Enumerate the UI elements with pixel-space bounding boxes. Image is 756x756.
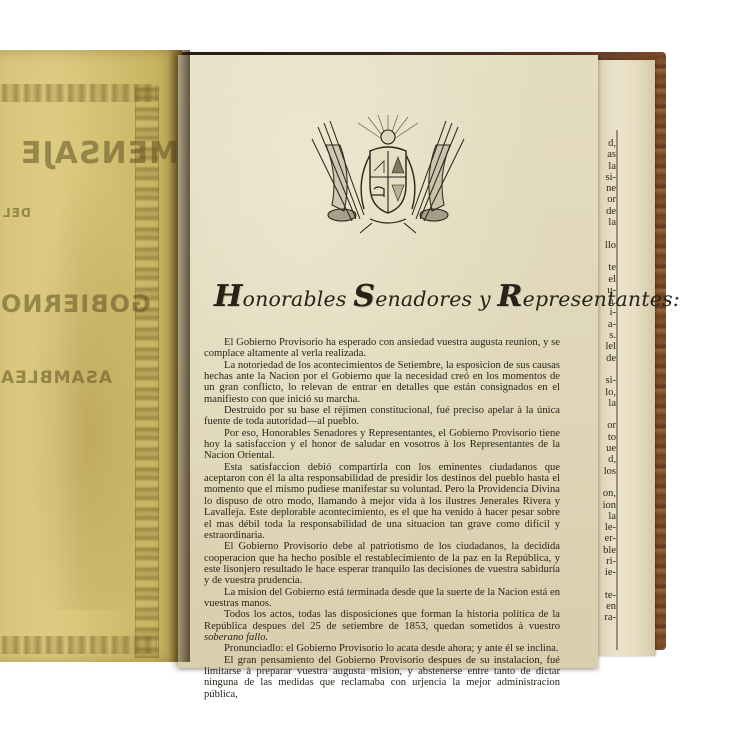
text-fragment: si-: [598, 172, 616, 183]
coat-of-arms-icon: [308, 115, 468, 235]
paragraph: Por eso, Honorables Senadores y Represen…: [204, 428, 560, 462]
gutter-shadow: [168, 50, 190, 662]
ornamental-border-bottom: [0, 636, 157, 654]
text-fragment: la: [598, 161, 616, 172]
text-fragment: ri-: [598, 556, 616, 567]
heading-initial: H: [214, 279, 243, 314]
text-fragment: d,: [598, 138, 616, 149]
right-page: Honorables Senadores y Representantes: E…: [178, 55, 598, 668]
text-fragment: te-: [598, 590, 616, 601]
text-fragment: to: [598, 432, 616, 443]
text-fragment: la: [598, 217, 616, 228]
paragraph: El Gobierno Provisorio debe al patriotis…: [204, 541, 560, 586]
bleed-through-text: MENSAJE: [20, 136, 179, 171]
text-fragment: s.: [598, 330, 616, 341]
paragraph-italic: soberano fallo.: [204, 632, 268, 643]
paragraph: La mision del Gobierno está terminada de…: [204, 587, 560, 610]
paragraph: El Gobierno Provisorio ha esperado con a…: [204, 337, 560, 360]
bleed-through-text: GOBIERNO: [0, 290, 151, 318]
paragraph: El gran pensamiento del Gobierno Proviso…: [204, 655, 560, 700]
ornamental-border-right: [135, 86, 159, 658]
text-fragment: ion: [598, 500, 616, 511]
text-fragment: on,: [598, 488, 616, 499]
text-fragment: ue: [598, 443, 616, 454]
page-stain: [28, 170, 148, 610]
text-fragment: se-: [598, 635, 616, 638]
text-fragment: llo: [598, 240, 616, 251]
paragraph-text: Todos los actos, todas las disposiciones…: [204, 609, 560, 631]
bleed-through-text: ASAMBLEA: [0, 368, 112, 388]
text-fragment: [598, 579, 616, 590]
text-fragment: er-: [598, 533, 616, 544]
ornamental-border-top: [0, 84, 157, 102]
text-fragment: ie-: [598, 567, 616, 578]
text-fragment: [598, 251, 616, 262]
paragraph: Esta satisfaccion debió compartirla con …: [204, 462, 560, 541]
text-fragment: la: [598, 398, 616, 409]
document-salutation: Honorables Senadores y Representantes:: [214, 279, 594, 314]
text-fragment: ra-: [598, 612, 616, 623]
text-fragment: [598, 228, 616, 239]
text-fragment: de: [598, 353, 616, 364]
text-fragment: te: [598, 262, 616, 273]
heading-initial: R: [497, 279, 522, 314]
text-fragment: or: [598, 194, 616, 205]
paragraph: Pronunciadlo: el Gobierno Provisorio lo …: [204, 643, 560, 654]
text-fragment: as: [598, 149, 616, 160]
text-fragment: [598, 477, 616, 488]
paragraph: Todos los actos, todas las disposiciones…: [204, 609, 560, 643]
text-fragment: d,: [598, 454, 616, 465]
bleed-through-text: DEL: [2, 206, 31, 220]
text-fragment: [598, 624, 616, 635]
insert-text-fragments: d,aslasi-neordela llo teelu-a.i-a-s.leld…: [598, 138, 616, 638]
text-fragment: ne: [598, 183, 616, 194]
text-fragment: si-: [598, 375, 616, 386]
text-fragment: [598, 364, 616, 375]
text-fragment: or: [598, 420, 616, 431]
paragraph: La notoriedad de los acontecimientos de …: [204, 360, 560, 405]
left-page: MENSAJE DEL GOBIERNO ASAMBLEA: [0, 50, 182, 662]
paragraph: Destruido por su base el réjimen constit…: [204, 405, 560, 428]
text-fragment: a-: [598, 319, 616, 330]
text-fragment: los: [598, 466, 616, 477]
heading-word: onorables: [243, 287, 354, 311]
text-fragment: el: [598, 274, 616, 285]
text-fragment: le-: [598, 522, 616, 533]
text-fragment: lel: [598, 341, 616, 352]
heading-word: epresentantes:: [523, 287, 680, 311]
document-body: El Gobierno Provisorio ha esperado con a…: [204, 335, 560, 700]
text-fragment: de: [598, 206, 616, 217]
text-fragment: lo,: [598, 387, 616, 398]
fold-line: [616, 130, 618, 650]
text-fragment: [598, 409, 616, 420]
text-fragment: ble: [598, 545, 616, 556]
heading-word: enadores y: [375, 287, 497, 311]
heading-initial: S: [353, 279, 375, 314]
text-fragment: en: [598, 601, 616, 612]
text-fragment: la: [598, 511, 616, 522]
